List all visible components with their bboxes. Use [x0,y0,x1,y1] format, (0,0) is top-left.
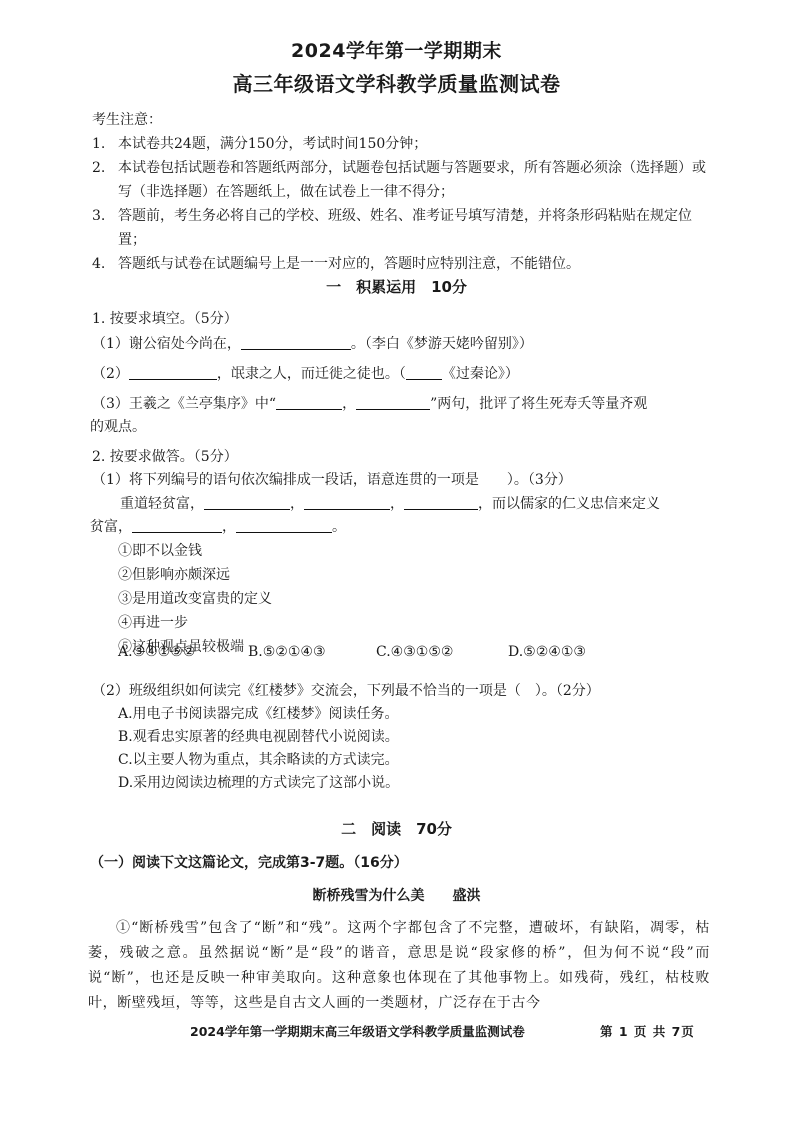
choice-c[interactable]: C.④③①⑤② [376,644,453,660]
notice-text: 答题前，考生务必将自己的学校、班级、姓名、准考证号填写清楚，并将条形码粘贴在规定… [118,204,712,252]
choice-d[interactable]: D.⑤②④①③ [508,644,586,660]
notice-number: 2. [92,156,118,204]
sentence-item: ②但影响亦颇深远 [118,564,230,584]
notice-heading: 考生注意： [92,108,712,132]
answer-blank[interactable] [404,495,478,510]
notice-text: 答题纸与试卷在试题编号上是一一对应的，答题时应特别注意，不能错位。 [118,252,580,276]
notice-number: 1. [92,132,118,156]
sentence-prefix: 重道轻贫富， [120,496,204,512]
footer-title: 2024学年第一学期期末高三年级语文学科教学质量监测试卷 [190,1022,525,1040]
question-1-part-3: （3）王羲之《兰亭集序》中“，”两句，批评了将生死寿夭等量齐观 [92,393,647,413]
exam-title-line2: 高三年级语文学科教学质量监测试卷 [0,68,793,97]
sentence-middle: ，而以儒家的仁义忠信来定义 [478,496,660,512]
notice-number: 4. [92,252,118,276]
notice-text: 本试卷包括试题卷和答题纸两部分，试题卷包括试题与答题要求，所有答题必须涂（选择题… [118,156,712,204]
essay-heading: 断桥残雪为什么美盛洪 [0,885,793,905]
exam-title-line1: 2024学年第一学期期末 [0,36,793,63]
answer-blank[interactable] [356,395,430,410]
essay-paragraph-1: ①“断桥残雪”包含了“断”和“残”。这两个字都包含了不完整，遭破坏，有缺陷，凋零… [88,916,710,1016]
sentence-item: ③是用道改变富贵的定义 [118,588,272,608]
comma: ， [390,496,404,512]
comma: ， [222,519,236,535]
question-2-sentence-continued: 贫富，，。 [90,516,346,536]
sub2-option-a[interactable]: A.用电子书阅读器完成《红楼梦》阅读任务。 [118,703,399,723]
notice-item: 4. 答题纸与试卷在试题编号上是一一对应的，答题时应特别注意，不能错位。 [92,252,712,276]
choice-a[interactable]: A.③④①⑤② [118,644,195,660]
question-1-part-3-continued: 的观点。 [90,416,146,436]
q1-3-comma: ， [342,396,356,412]
question-2-sub-1: （1）将下列编号的语句依次编排成一段话，语意连贯的一项是 ）。（3分） [92,469,572,489]
q1-1-suffix: 。（李白《梦游天姥吟留别》） [351,336,533,352]
answer-blank[interactable] [236,518,332,533]
question-2-sentence: 重道轻贫富，，，，而以儒家的仁义忠信来定义 [120,493,660,513]
section-heading-reading: 二 阅读 70分 [0,818,793,839]
answer-blank[interactable] [241,335,351,350]
choice-b[interactable]: B.⑤②①④③ [248,644,326,660]
reading-part-1-instruction: （一）阅读下文这篇论文，完成第3-7题。（16分） [90,852,408,872]
answer-blank[interactable] [132,518,222,533]
sub2-option-b[interactable]: B.观看忠实原著的经典电视剧替代小说阅读。 [118,726,399,746]
notice-number: 3. [92,204,118,252]
sentence-item: ④再进一步 [118,612,188,632]
answer-blank[interactable] [276,395,342,410]
notice-text: 本试卷共24题，满分150分，考试时间150分钟； [118,132,427,156]
essay-author: 盛洪 [453,888,481,904]
essay-title: 断桥残雪为什么美 [313,888,425,904]
q1-2-middle: ，氓隶之人，而迁徙之徒也。（ [217,366,406,382]
question-1-stem: 1. 按要求填空。（5分） [92,308,238,328]
question-2-stem: 2. 按要求做答。（5分） [92,446,238,466]
q1-1-prefix: （1）谢公宿处今尚在， [92,336,241,352]
q1-3-suffix: ”两句，批评了将生死寿夭等量齐观 [430,396,647,412]
sentence-item: ①即不以金钱 [118,540,202,560]
answer-blank[interactable] [406,365,442,380]
section-heading-accumulation: 一 积累运用 10分 [0,276,793,297]
question-1-part-1: （1）谢公宿处今尚在，。（李白《梦游天姥吟留别》） [92,333,533,353]
question-2-sub-2: （2）班级组织如何读完《红楼梦》交流会，下列最不恰当的一项是（ ）。（2分） [92,680,600,700]
question-1-part-2: （2），氓隶之人，而迁徙之徒也。（《过秦论》） [92,363,519,383]
notice-item: 3. 答题前，考生务必将自己的学校、班级、姓名、准考证号填写清楚，并将条形码粘贴… [92,204,712,252]
sentence-cont: 贫富， [90,519,132,535]
q1-2-suffix: 《过秦论》） [442,366,519,382]
q1-3-prefix: （3）王羲之《兰亭集序》中“ [92,396,276,412]
notice-list: 1. 本试卷共24题，满分150分，考试时间150分钟； 2. 本试卷包括试题卷… [92,132,712,276]
comma: ， [290,496,304,512]
sub2-option-c[interactable]: C.以主要人物为重点，其余略读的方式读完。 [118,749,399,769]
answer-blank[interactable] [304,495,390,510]
notice-item: 1. 本试卷共24题，满分150分，考试时间150分钟； [92,132,712,156]
answer-blank[interactable] [204,495,290,510]
page-number: 第 1 页 共 7页 [600,1022,695,1040]
period: 。 [332,519,346,535]
answer-blank[interactable] [129,365,217,380]
exam-page: 2024学年第一学期期末 高三年级语文学科教学质量监测试卷 考生注意： 1. 本… [0,0,793,1122]
sub2-option-d[interactable]: D.采用边阅读边梳理的方式读完了这部小说。 [118,772,399,792]
notice-item: 2. 本试卷包括试题卷和答题纸两部分，试题卷包括试题与答题要求，所有答题必须涂（… [92,156,712,204]
q1-2-prefix: （2） [92,366,129,382]
